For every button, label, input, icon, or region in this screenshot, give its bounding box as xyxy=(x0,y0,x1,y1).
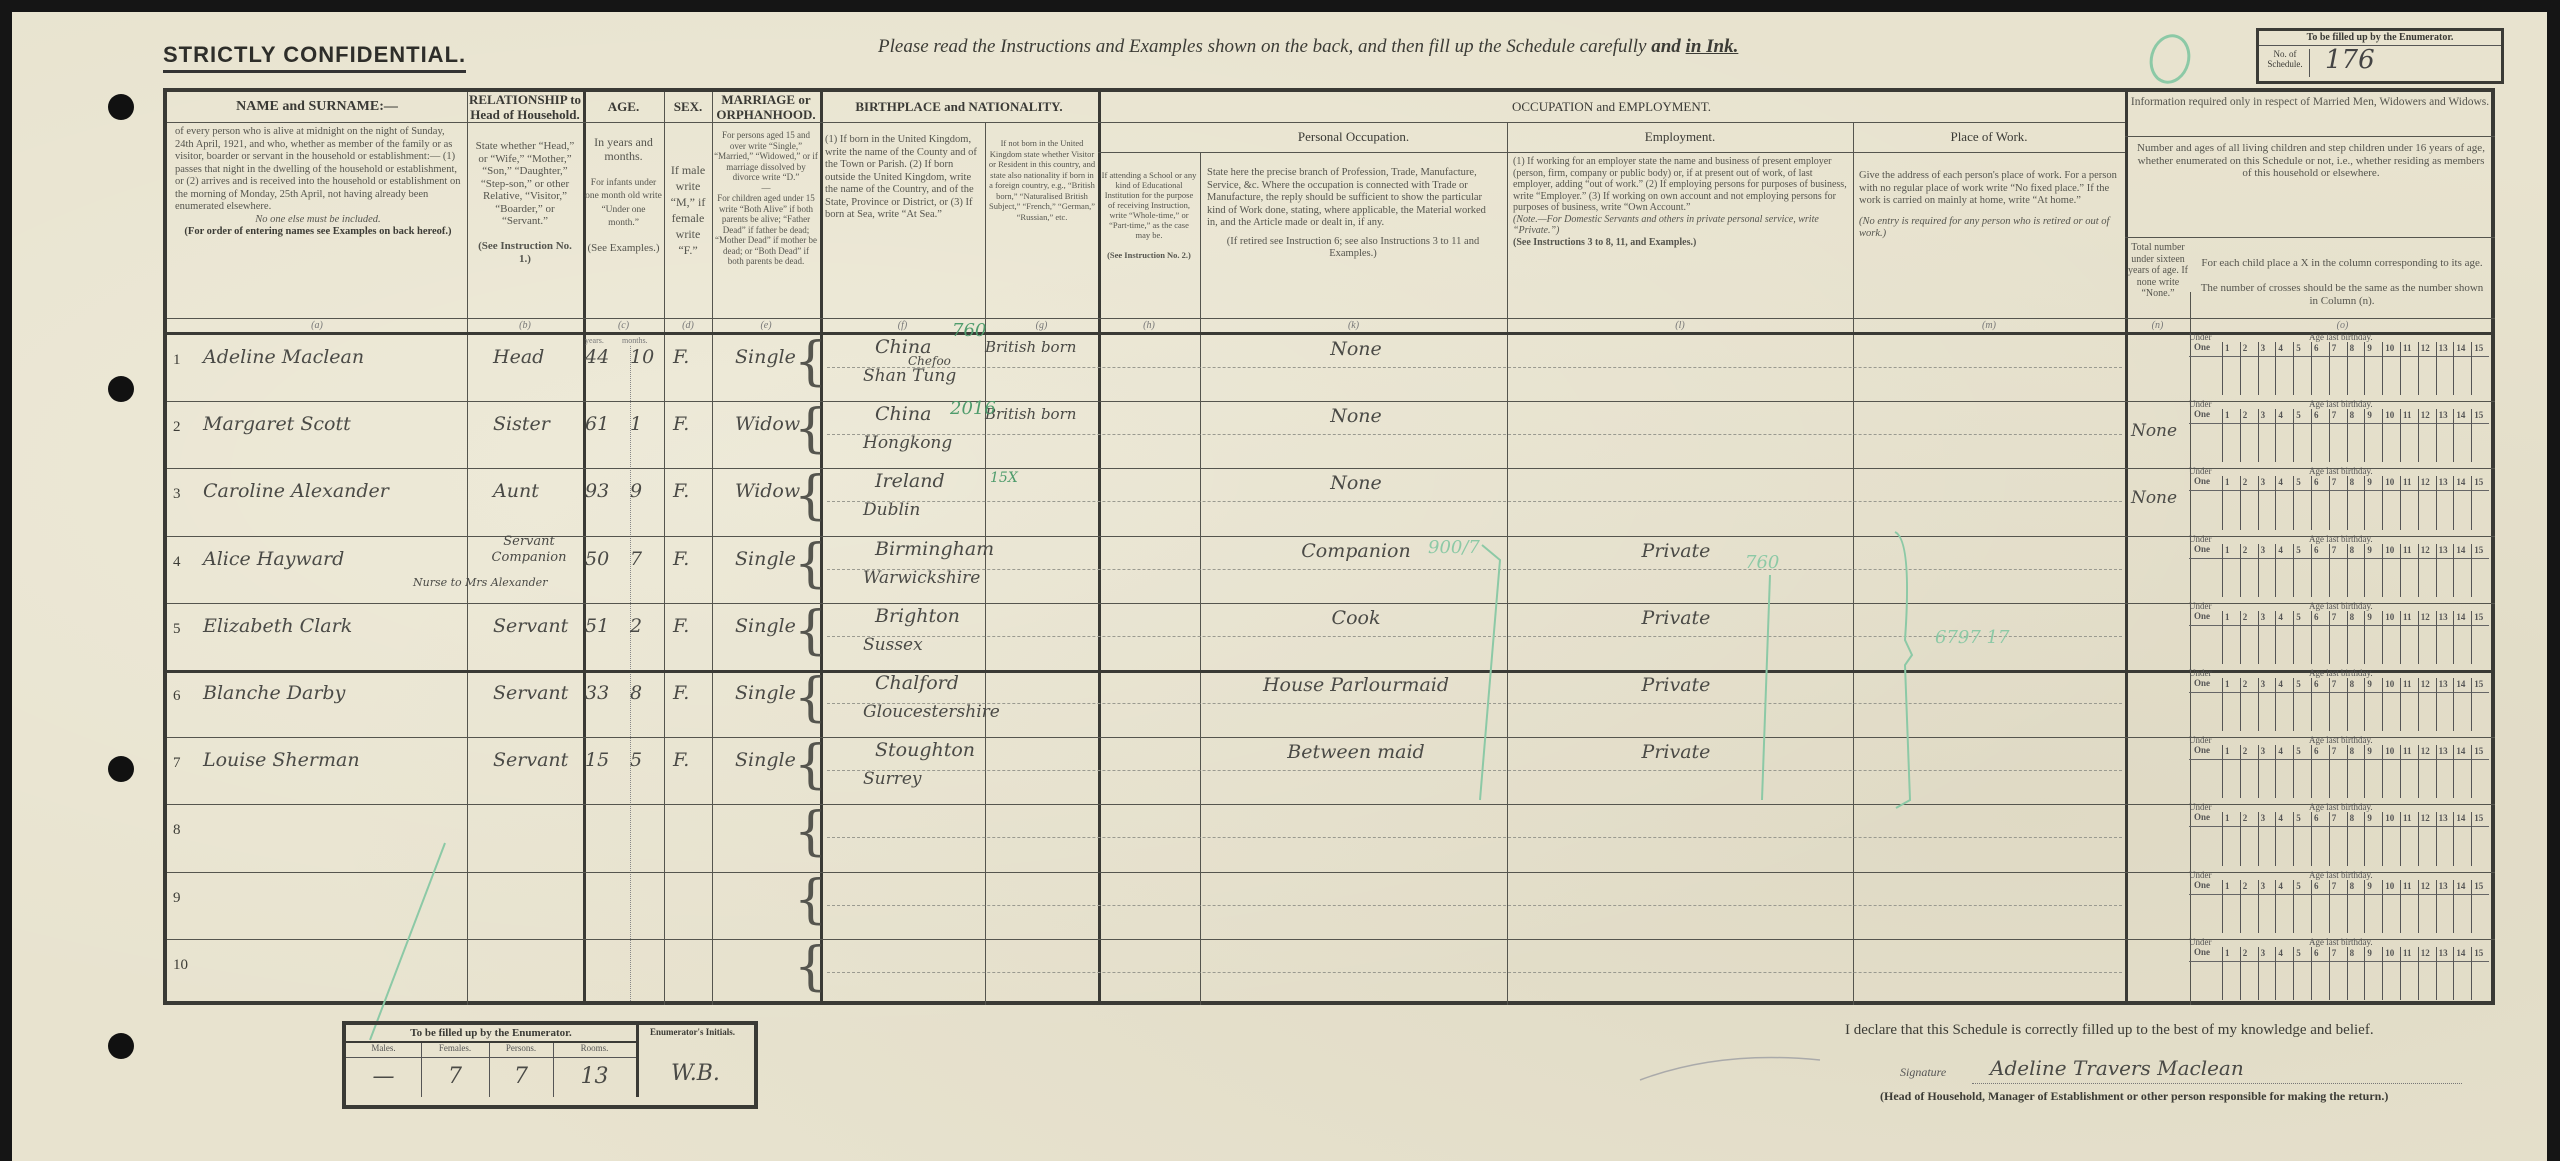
summary-cell-persons: Persons.7 xyxy=(489,1043,554,1097)
signature-value[interactable]: Adeline Travers Maclean xyxy=(1990,1056,2244,1080)
summary-cell-females: Females.7 xyxy=(421,1043,490,1097)
summary-value[interactable]: 7 xyxy=(421,1064,489,1089)
summary-label: Females. xyxy=(421,1043,489,1058)
summary-label: Rooms. xyxy=(553,1043,636,1058)
initials-label: Enumerator's Initials. xyxy=(639,1027,746,1037)
enumerator-summary-box: To be filled up by the Enumerator. Enume… xyxy=(342,1021,758,1109)
annotation-employment-code: 760 xyxy=(1745,552,1779,573)
annotation-place-code: 6797 17 xyxy=(1935,627,2009,648)
signature-note: (Head of Household, Manager of Establish… xyxy=(1880,1089,2388,1104)
summary-label: Males. xyxy=(346,1043,421,1058)
summary-header: To be filled up by the Enumerator. xyxy=(346,1025,636,1043)
summary-cell-males: Males.— xyxy=(346,1043,422,1097)
signature-line xyxy=(1972,1083,2462,1084)
enumerator-annotations xyxy=(0,0,2560,1161)
summary-value[interactable]: — xyxy=(346,1064,421,1089)
summary-value[interactable]: 7 xyxy=(489,1064,553,1089)
annotation-row1-code: 760 xyxy=(952,320,986,341)
initials-value[interactable]: W.B. xyxy=(671,1061,720,1086)
summary-cell-rooms: Rooms.13 xyxy=(553,1043,636,1097)
declaration-text: I declare that this Schedule is correctl… xyxy=(1845,1022,2374,1039)
summary-value[interactable]: 13 xyxy=(553,1064,636,1089)
annotation-row2-code: 2016 xyxy=(950,398,996,419)
annotation-occupation-code: 900/7 xyxy=(1428,537,1480,558)
summary-label: Persons. xyxy=(489,1043,553,1058)
annotation-row3-code: 15X xyxy=(990,470,1018,486)
signature-label: Signature xyxy=(1900,1065,1946,1080)
